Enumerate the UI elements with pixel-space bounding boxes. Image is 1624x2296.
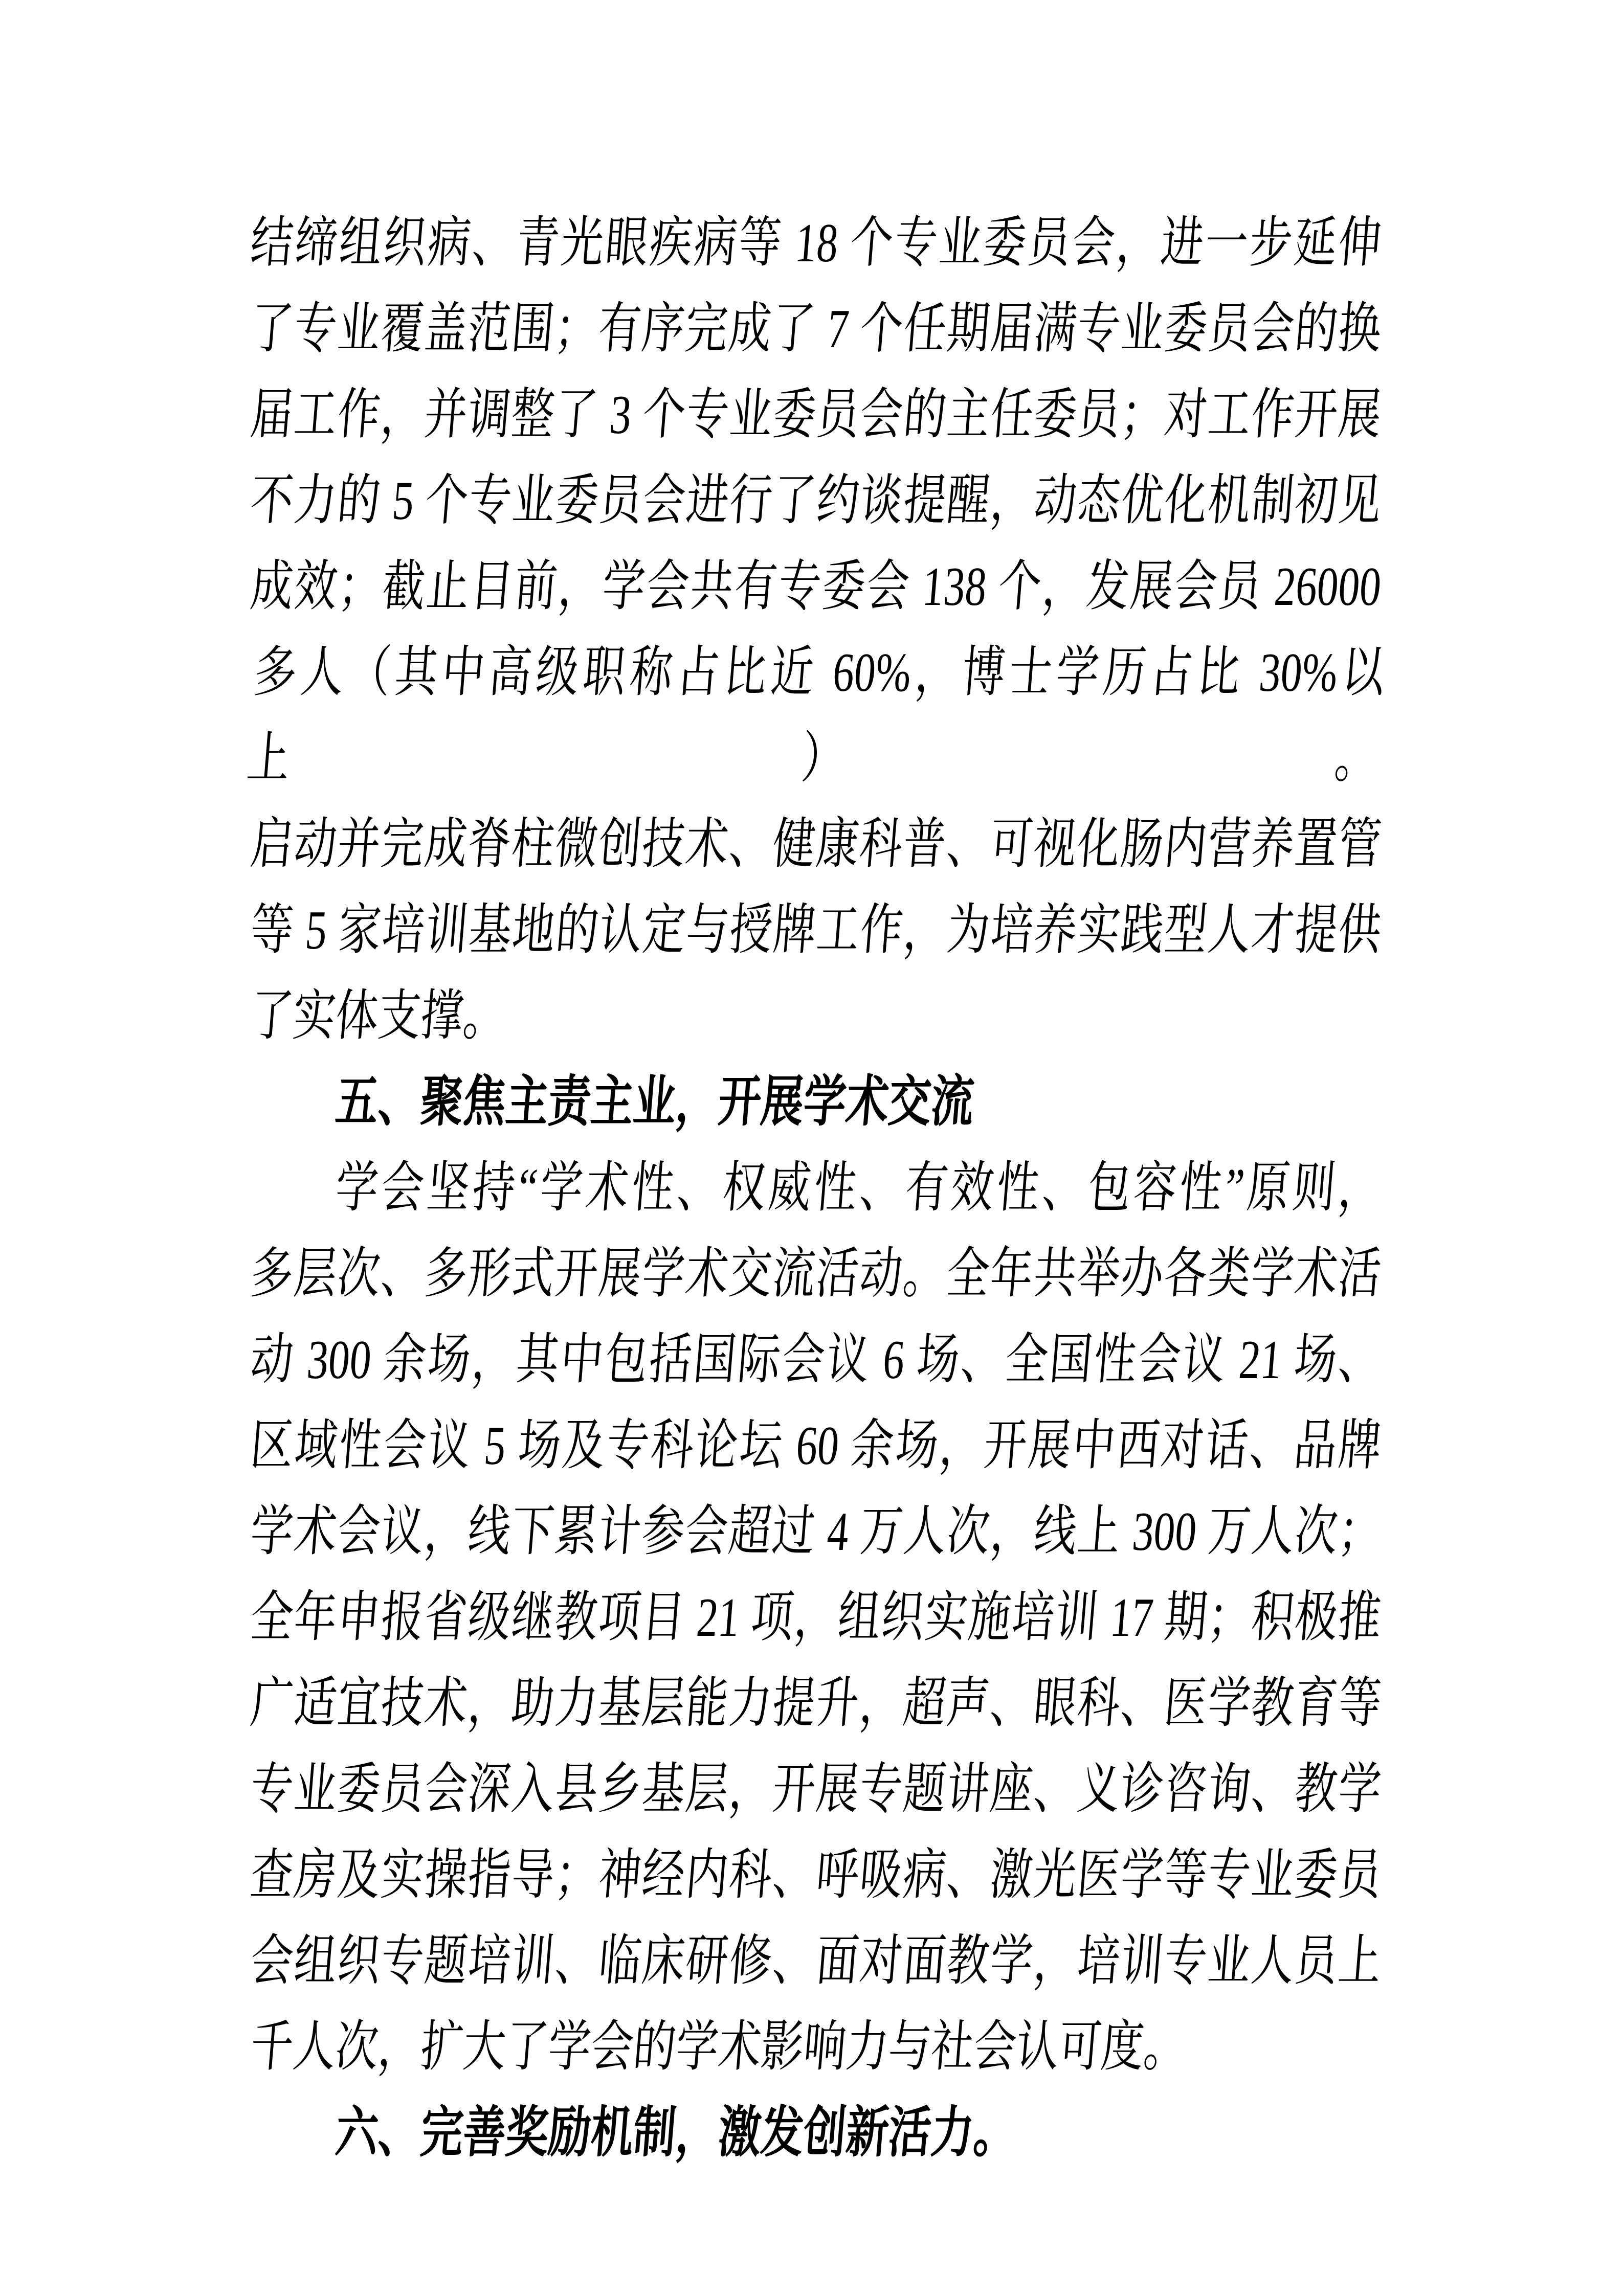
document-line: 不力的 5 个专业委员会进行了约谈提醒，动态优化机制初见 [247,458,1384,544]
document-line: 等 5 家培训基地的认定与授牌工作，为培养实践型人才提供 [247,888,1384,974]
document-line: 成效；截止目前，学会共有专委会 138 个，发展会员 26000 [247,544,1384,630]
document-line: 启动并完成脊柱微创技术、健康科普、可视化肠内营养置管 [247,802,1384,888]
document-line: 了实体支撑。 [247,974,1384,1060]
document-line: 学会坚持“学术性、权威性、有效性、包容性”原则， [247,1145,1384,1231]
document-line: 广适宜技术，助力基层能力提升，超声、眼科、医学教育等 [247,1661,1384,1747]
document-line: 学术会议，线下累计参会超过 4 万人次，线上 300 万人次； [247,1489,1384,1575]
document-line: 多层次、多形式开展学术交流活动。全年共举办各类学术活 [247,1231,1384,1317]
section-heading: 六、完善奖励机制，激发创新活力。 [247,2090,1384,2176]
section-heading: 五、聚焦主责主业，开展学术交流 [247,1060,1384,1145]
document-line: 查房及实操指导；神经内科、呼吸病、激光医学等专业委员 [247,1833,1384,1919]
document-page: { "page": { "width_px": 3175, "height_px… [0,0,1624,2296]
document-line: 届工作，并调整了 3 个专业委员会的主任委员；对工作开展 [247,372,1384,458]
document-line: 会组织专题培训、临床研修、面对面教学，培训专业人员上 [247,1919,1384,2005]
document-line: 动 300 余场，其中包括国际会议 6 场、全国性会议 21 场、 [247,1317,1384,1403]
document-line: 区域性会议 5 场及专科论坛 60 余场，开展中西对话、品牌 [247,1403,1384,1489]
document-body: 结缔组织病、青光眼疾病等 18 个专业委员会，进一步延伸 了专业覆盖范围；有序完… [251,200,1624,2176]
document-line: 多人（其中高级职称占比近 60%，博士学历占比 30%以上）。 [243,630,1388,802]
document-line: 千人次，扩大了学会的学术影响力与社会认可度。 [247,2005,1384,2090]
document-line: 全年申报省级继教项目 21 项，组织实施培训 17 期；积极推 [247,1575,1384,1661]
document-line: 了专业覆盖范围；有序完成了 7 个任期届满专业委员会的换 [247,286,1384,372]
document-line: 专业委员会深入县乡基层，开展专题讲座、义诊咨询、教学 [247,1747,1384,1833]
document-line: 结缔组织病、青光眼疾病等 18 个专业委员会，进一步延伸 [247,200,1384,286]
